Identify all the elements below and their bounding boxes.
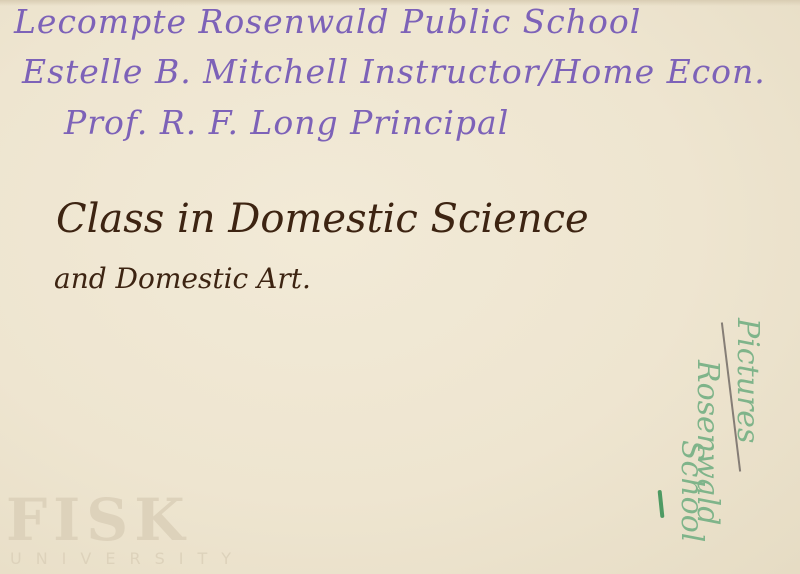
green-note-pictures: Pictures bbox=[730, 318, 765, 443]
watermark-subtitle: UNIVERSITY bbox=[10, 549, 245, 568]
caption-line-1: Class in Domestic Science bbox=[56, 196, 589, 242]
green-note-school: School bbox=[674, 440, 709, 542]
school-name-line: Lecompte Rosenwald Public School bbox=[14, 2, 641, 41]
fisk-university-watermark: FISK UNIVERSITY bbox=[6, 491, 245, 568]
instructor-line: Estelle B. Mitchell Instructor/Home Econ… bbox=[22, 52, 766, 91]
principal-line: Prof. R. F. Long Principal bbox=[64, 103, 509, 142]
archival-card: Lecompte Rosenwald Public School Estelle… bbox=[0, 0, 800, 574]
green-mark bbox=[658, 490, 665, 518]
caption-line-2: and Domestic Art. bbox=[54, 262, 311, 295]
watermark-name: FISK bbox=[6, 491, 245, 549]
